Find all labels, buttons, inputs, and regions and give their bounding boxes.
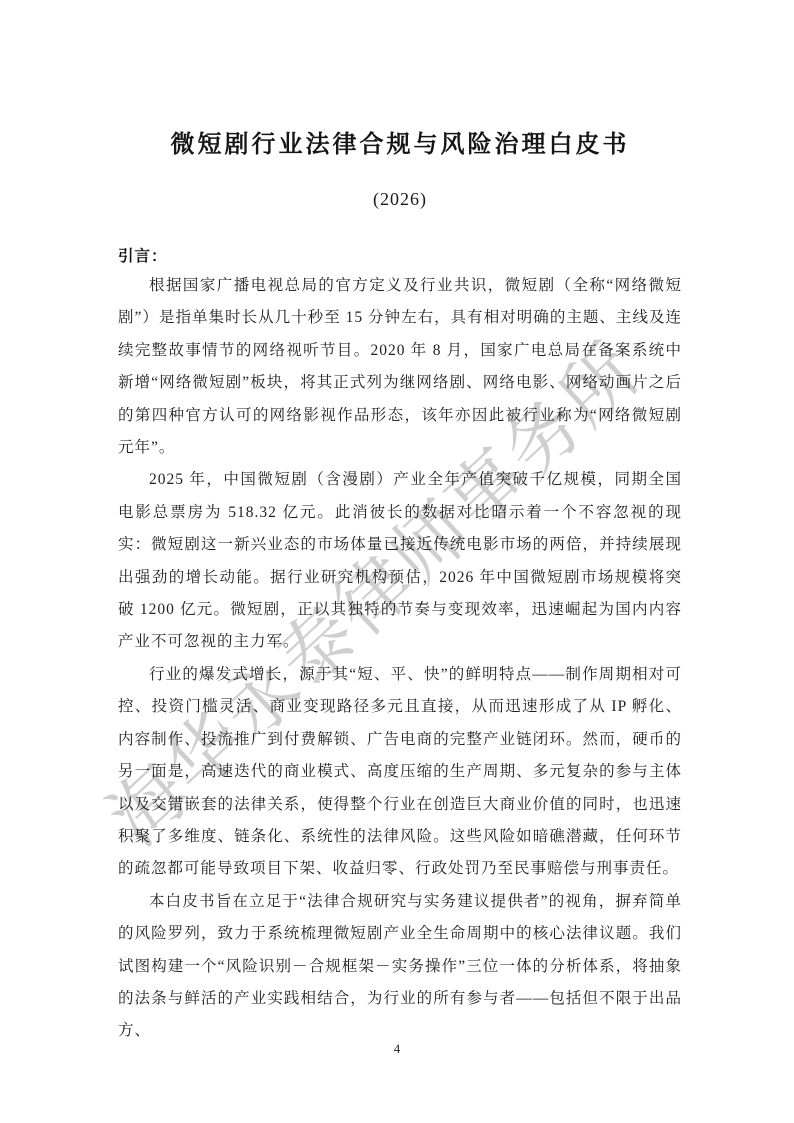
section-heading-intro: 引言： — [118, 244, 682, 266]
page-number: 4 — [0, 1041, 794, 1057]
document-subtitle: (2026) — [118, 189, 682, 210]
body-text: 根据国家广播电视总局的官方定义及行业共识，微短剧（全称“网络微短剧”）是指单集时… — [118, 270, 682, 1048]
document-title: 微短剧行业法律合规与风险治理白皮书 — [118, 0, 682, 159]
paragraph-growth-and-risk: 行业的爆发式增长，源于其“短、平、快”的鲜明特点——制作周期相对可控、投资门槛灵… — [118, 659, 682, 886]
paragraph-whitepaper-purpose: 本白皮书旨在立足于“法律合规研究与实务建议提供者”的视角，摒弃简单的风险罗列，致… — [118, 886, 682, 1048]
paragraph-definition: 根据国家广播电视总局的官方定义及行业共识，微短剧（全称“网络微短剧”）是指单集时… — [118, 270, 682, 464]
paragraph-market-scale: 2025 年，中国微短剧（含漫剧）产业全年产值突破千亿规模，同期全国电影总票房为… — [118, 464, 682, 658]
document-content: 微短剧行业法律合规与风险治理白皮书 (2026) 引言： 根据国家广播电视总局的… — [0, 0, 794, 1048]
document-page: 海华永泰律师事务所 微短剧行业法律合规与风险治理白皮书 (2026) 引言： 根… — [0, 0, 794, 1123]
